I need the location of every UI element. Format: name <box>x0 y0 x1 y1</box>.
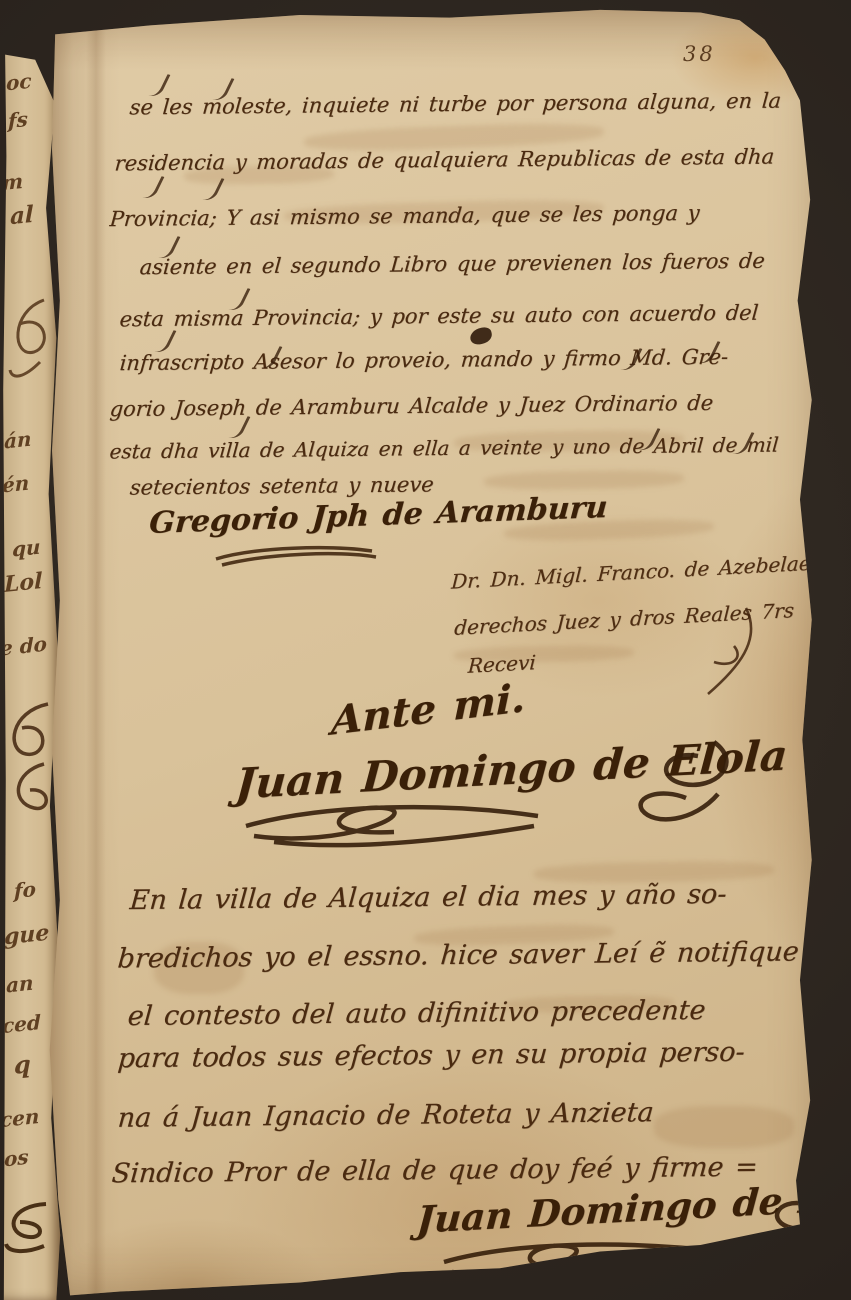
rubric-flourish <box>674 602 764 712</box>
margin-fragment: fs <box>8 107 28 133</box>
margin-flourish <box>0 1196 52 1258</box>
margin-fragment: m <box>2 169 23 195</box>
rubric-flourish <box>594 734 744 834</box>
rubric-flourish <box>434 1232 734 1287</box>
page-number: 38 <box>683 42 716 66</box>
ink-bleedthrough <box>484 469 684 490</box>
auto-line: asiente en el segundo Libro que previene… <box>139 249 766 280</box>
margin-flourish <box>4 292 52 388</box>
auto-line: residencia y moradas de qualquiera Repub… <box>114 145 775 176</box>
auto-line: esta dha villa de Alquiza en ella a vein… <box>109 433 780 464</box>
manuscript-scan: oc fs m al án én qu Lol e do fo gue an c… <box>0 0 851 1300</box>
margin-flourish <box>0 698 56 820</box>
auto-line: gorio Joseph de Aramburu Alcalde y Juez … <box>109 391 714 421</box>
margin-fragment: fo <box>14 877 36 903</box>
margin-fragment: an <box>6 970 33 997</box>
margin-fragment: os <box>4 1145 28 1172</box>
margin-fragment: qu <box>12 534 40 561</box>
margin-fragment: ced <box>2 1010 41 1038</box>
margin-fragment: Lol <box>4 568 42 598</box>
rubric-flourish <box>210 541 380 571</box>
ante-mi-label: Ante mi. <box>331 674 526 744</box>
margin-fragment: gue <box>4 920 49 951</box>
margin-fragment: cen <box>0 1104 39 1132</box>
margin-fragment: oc <box>6 69 31 96</box>
notification-line: Sindico Pror de ella de que doy feé y fi… <box>111 1152 759 1190</box>
ink-stroke <box>140 173 164 200</box>
ink-blot <box>469 326 494 346</box>
margin-fragment: én <box>2 471 29 498</box>
rubric-flourish <box>714 1186 844 1271</box>
margin-fragment: q <box>14 1049 31 1080</box>
auto-line: setecientos setenta y nueve <box>129 472 435 499</box>
ink-bleedthrough <box>654 1106 794 1148</box>
margin-fragment: al <box>10 201 34 231</box>
rubric-flourish <box>234 792 554 852</box>
fee-note-line: Recevi <box>467 650 536 678</box>
auto-line: esta misma Provincia; y por este su auto… <box>119 301 760 332</box>
notification-line: na á Juan Ignacio de Roteta y Anzieta <box>117 1097 655 1134</box>
notification-line: bredichos yo el essno. hice saver Leí ẽ … <box>117 936 800 974</box>
paper-crease <box>86 6 106 1298</box>
margin-fragment: e do <box>0 631 47 660</box>
notification-line: En la villa de Alquiza el dia mes y año … <box>129 879 728 916</box>
notification-line: para todos sus efectos y en su propia pe… <box>117 1037 746 1075</box>
margin-fragment: án <box>4 426 31 453</box>
manuscript-page: 38 se les moleste, inquiete ni turbe por… <box>34 6 818 1298</box>
auto-line: Provincia; Y asi mismo se manda, que se … <box>109 201 701 231</box>
fee-note-line: Dr. Dn. Migl. Franco. de Azebelaez <box>451 550 822 593</box>
notification-line: el contesto del auto difinitivo preceden… <box>127 995 707 1032</box>
